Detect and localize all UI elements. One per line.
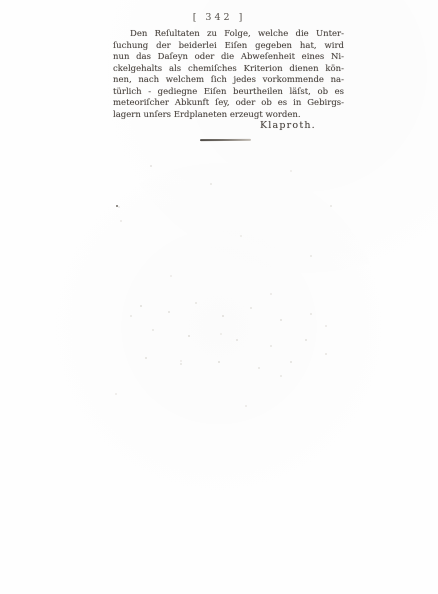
paragraph: Den Reſultaten zu Folge, welche die Unte…	[113, 29, 344, 121]
page-number: [ 342 ]	[0, 12, 438, 23]
scanned-book-page: [ 342 ] Den Reſultaten zu Folge, welche …	[0, 0, 438, 594]
scan-noise-field	[140, 305, 142, 307]
paragraph-line: ckelgehalts als chemiſches Kriterion die…	[113, 64, 344, 76]
paragraph-line: meteoriſcher Abkunft ſey, oder ob es in …	[113, 98, 344, 110]
scan-noise-speck	[116, 205, 118, 207]
paragraph-line: Den Reſultaten zu Folge, welche die Unte…	[113, 29, 344, 41]
paragraph-line: ſuchung der beiderlei Eiſen gegeben hat,…	[113, 41, 344, 53]
paragraph-line: nun das Daſeyn oder die Abweſenheit eine…	[113, 52, 344, 64]
section-divider	[200, 139, 251, 141]
paragraph-line: nen, nach welchem ſich jedes vorkommende…	[113, 75, 344, 87]
scan-noise-field	[150, 165, 152, 167]
author-signature: Klaproth.	[260, 120, 316, 131]
paragraph-line: türlich - gediegne Eiſen beurtheilen läſ…	[113, 87, 344, 99]
